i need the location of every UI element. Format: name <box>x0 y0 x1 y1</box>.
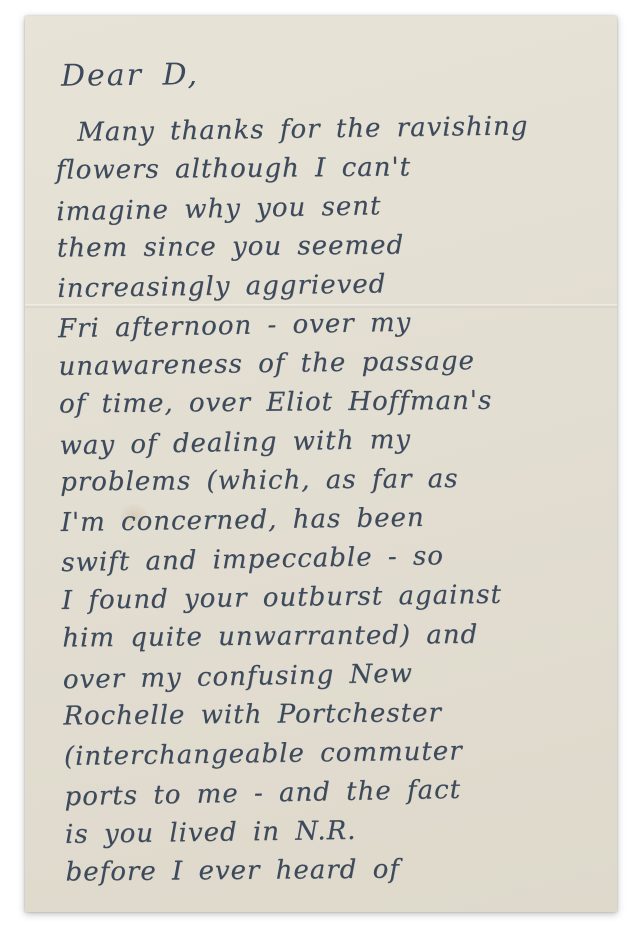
letter-line: Many thanks for the ravishing <box>55 106 611 153</box>
letter-line: before I ever heard of <box>65 849 621 893</box>
scan-background: Dear D, Many thanks for the ravishingflo… <box>0 0 630 927</box>
letter-line: them since you seemed <box>57 225 613 269</box>
letter-line: problems (which, as far as <box>60 459 616 503</box>
salutation: Dear D, <box>61 57 199 93</box>
letter-page: Dear D, Many thanks for the ravishingflo… <box>25 16 617 912</box>
letter-body: Many thanks for the ravishingflowers alt… <box>55 106 622 894</box>
letter-line: Rochelle with Portchester <box>63 693 619 737</box>
